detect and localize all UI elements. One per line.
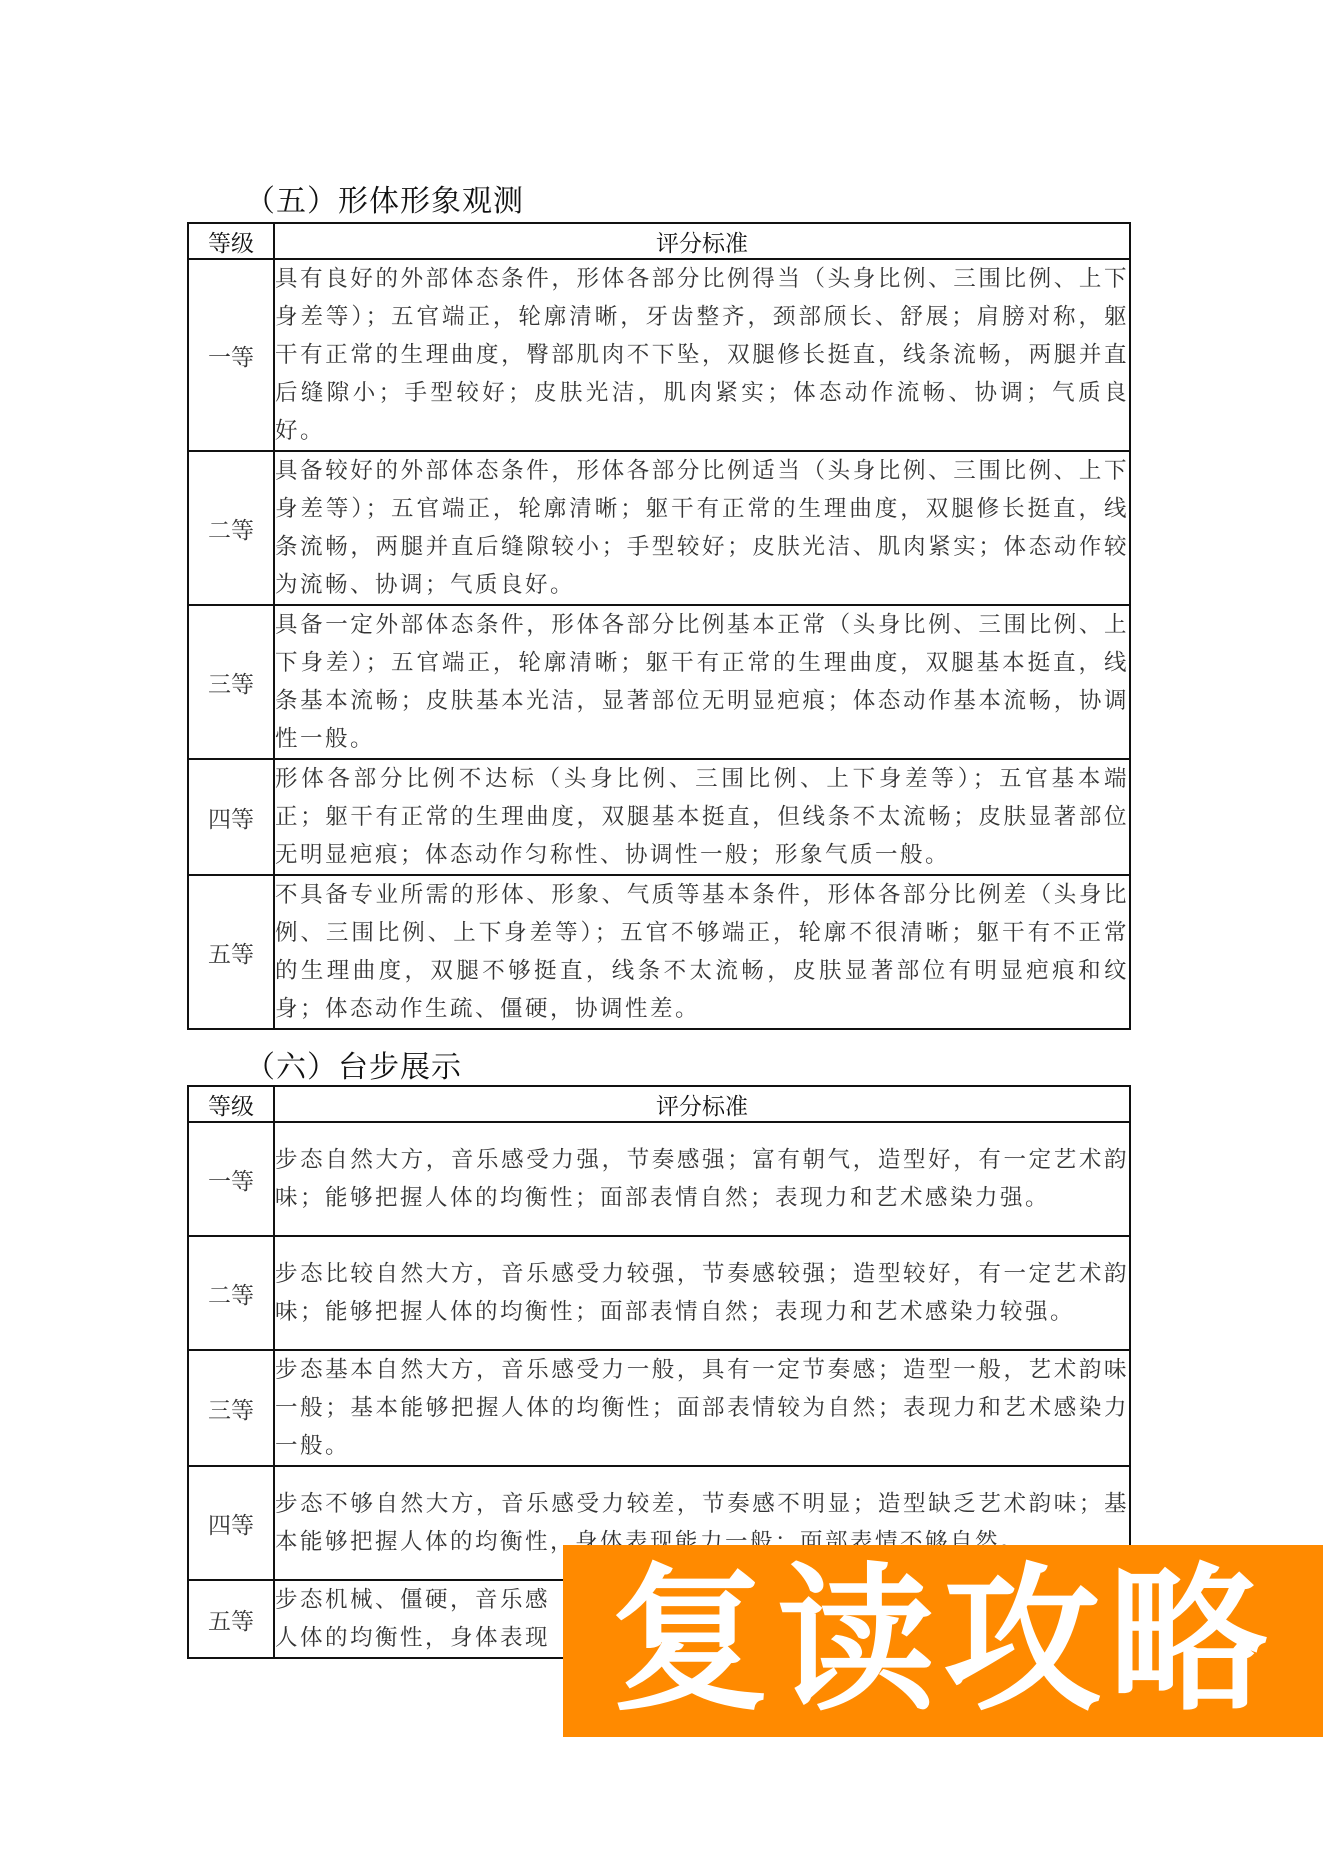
table-row: 一等 具有良好的外部体态条件，形体各部分比例得当（头身比例、三围比例、上下身差等… [188,259,1130,451]
grade-level: 一等 [188,1122,274,1236]
table-header-row: 等级 评分标准 [188,1086,1130,1122]
header-criteria: 评分标准 [274,223,1130,259]
grade-criteria: 步态比较自然大方，音乐感受力较强，节奏感较强；造型较好，有一定艺术韵味；能够把握… [274,1236,1130,1350]
grade-criteria: 形体各部分比例不达标（头身比例、三围比例、上下身差等）；五官基本端正；躯干有正常… [274,759,1130,875]
table-row: 四等 形体各部分比例不达标（头身比例、三围比例、上下身差等）；五官基本端正；躯干… [188,759,1130,875]
grade-level: 二等 [188,1236,274,1350]
table-row: 三等 步态基本自然大方，音乐感受力一般，具有一定节奏感；造型一般，艺术韵味一般；… [188,1350,1130,1466]
table-row: 五等 不具备专业所需的形体、形象、气质等基本条件，形体各部分比例差（头身比例、三… [188,875,1130,1029]
grade-level: 三等 [188,605,274,759]
header-level: 等级 [188,223,274,259]
grade-criteria: 步态自然大方，音乐感受力强，节奏感强；富有朝气，造型好，有一定艺术韵味；能够把握… [274,1122,1130,1236]
table-header-row: 等级 评分标准 [188,223,1130,259]
watermark-text: 复读攻略 [611,1562,1275,1720]
section-title-runway-walk: （六）台步展示 [245,1042,462,1086]
section-title-body-image: （五）形体形象观测 [245,176,524,220]
grade-level: 五等 [188,1580,274,1658]
grade-level: 二等 [188,451,274,605]
table-row: 二等 具备较好的外部体态条件，形体各部分比例适当（头身比例、三围比例、上下身差等… [188,451,1130,605]
table-row: 一等 步态自然大方，音乐感受力强，节奏感强；富有朝气，造型好，有一定艺术韵味；能… [188,1122,1130,1236]
watermark-banner: 复读攻略 [563,1545,1323,1737]
grade-level: 五等 [188,875,274,1029]
grade-criteria: 不具备专业所需的形体、形象、气质等基本条件，形体各部分比例差（头身比例、三围比例… [274,875,1130,1029]
grade-criteria: 步态基本自然大方，音乐感受力一般，具有一定节奏感；造型一般，艺术韵味一般；基本能… [274,1350,1130,1466]
grade-level: 四等 [188,1466,274,1580]
body-image-grading-table: 等级 评分标准 一等 具有良好的外部体态条件，形体各部分比例得当（头身比例、三围… [187,222,1131,1030]
grade-level: 一等 [188,259,274,451]
grade-level: 三等 [188,1350,274,1466]
grade-criteria: 具备较好的外部体态条件，形体各部分比例适当（头身比例、三围比例、上下身差等）；五… [274,451,1130,605]
header-criteria: 评分标准 [274,1086,1130,1122]
grade-criteria: 具备一定外部体态条件，形体各部分比例基本正常（头身比例、三围比例、上下身差）；五… [274,605,1130,759]
table-row: 二等 步态比较自然大方，音乐感受力较强，节奏感较强；造型较好，有一定艺术韵味；能… [188,1236,1130,1350]
grade-level: 四等 [188,759,274,875]
header-level: 等级 [188,1086,274,1122]
grade-criteria: 具有良好的外部体态条件，形体各部分比例得当（头身比例、三围比例、上下身差等）；五… [274,259,1130,451]
table-row: 三等 具备一定外部体态条件，形体各部分比例基本正常（头身比例、三围比例、上下身差… [188,605,1130,759]
